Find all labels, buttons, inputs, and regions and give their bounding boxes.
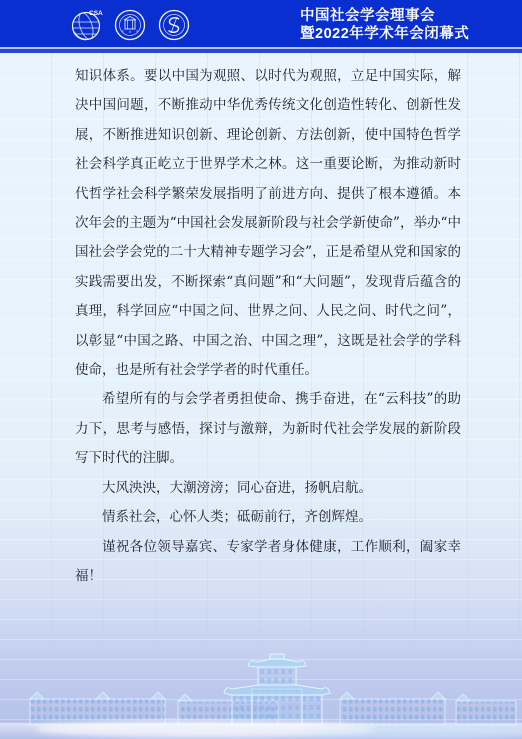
university-seal-logo-icon xyxy=(112,7,148,43)
paragraph-continuation: 知识体系。要以中国为观照、以时代为观照，立足中国实际，解决中国问题，不断推动中华… xyxy=(75,62,461,385)
csa-logo-label: CSA xyxy=(89,10,103,17)
society-monogram-logo-icon xyxy=(156,7,192,43)
title-line-2: 暨2022年学术年会闭幕式 xyxy=(300,26,469,44)
footer-illustration xyxy=(0,649,522,739)
header-bar: CSA xyxy=(0,0,522,47)
closing-wishes-line: 谨祝各位领导嘉宾、专家学者身体健康，工作顺利，阖家幸福！ xyxy=(75,533,461,592)
verse-line-2: 情系社会，心怀人类；砥砺前行，齐创辉煌。 xyxy=(75,503,461,532)
csa-globe-logo-icon: CSA xyxy=(68,7,104,43)
verse-line-1: 大风泱泱，大潮滂滂；同心奋进，扬帆启航。 xyxy=(75,474,461,503)
paragraph-hope: 希望所有的与会学者勇担使命、携手奋进，在“云科技”的助力下，思考与感悟，探讨与激… xyxy=(75,385,461,473)
campus-skyline-icon xyxy=(0,649,522,739)
document-body: 知识体系。要以中国为观照、以时代为观照，立足中国实际，解决中国问题，不断推动中华… xyxy=(75,62,461,591)
title-line-1: 中国社会学会理事会 xyxy=(300,8,469,26)
document-page: CSA xyxy=(0,0,522,739)
header-accent-stripe-dark xyxy=(0,49,522,53)
header-title: 中国社会学会理事会 暨2022年学术年会闭幕式 xyxy=(300,8,469,43)
logo-group: CSA xyxy=(68,7,192,43)
